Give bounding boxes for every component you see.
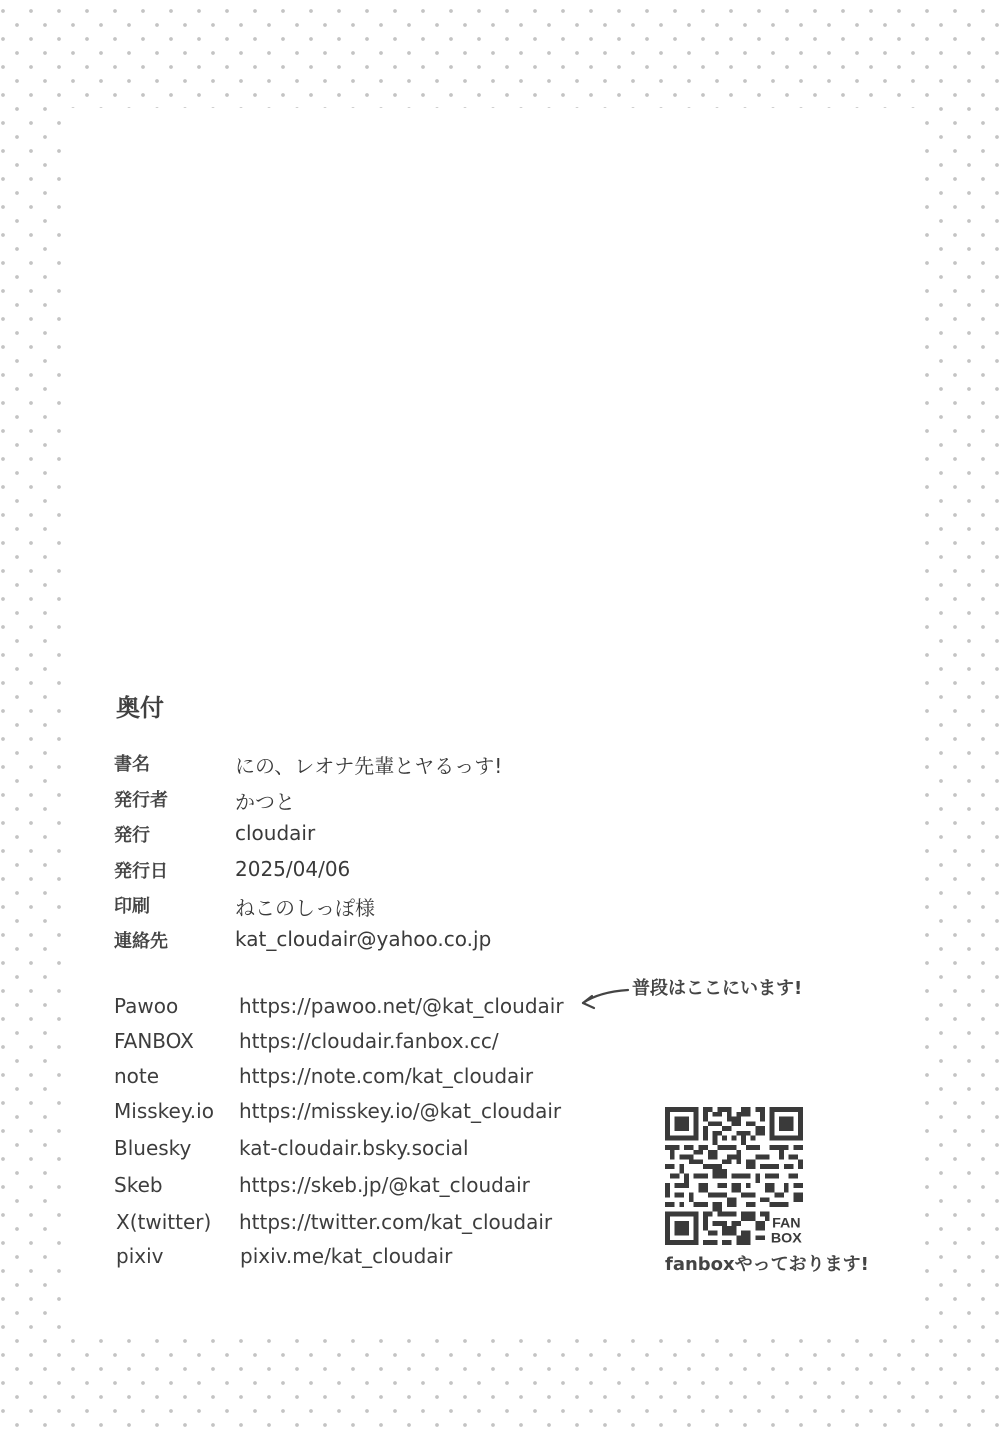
info-label: 連絡先 [114, 927, 168, 953]
info-label: 発行者 [114, 786, 168, 812]
link-label: pixiv [116, 1244, 163, 1268]
link-label: Bluesky [114, 1136, 191, 1160]
info-label: 書名 [114, 750, 150, 776]
annotation-note: 普段はここにいます! [632, 974, 802, 1000]
link-row-misskey: Misskey.io https://misskey.io/@kat_cloud… [0, 1099, 600, 1129]
fanbox-badge-line1: FAN [772, 1215, 801, 1231]
info-value: ねこのしっぽ様 [235, 892, 375, 921]
colophon-title: 奥付 [116, 688, 164, 723]
link-row-pixiv: pixiv pixiv.me/kat_cloudair [0, 1244, 600, 1274]
info-value[interactable]: kat_cloudair@yahoo.co.jp [235, 927, 491, 951]
info-label: 発行 [114, 821, 150, 847]
link-url[interactable]: https://twitter.com/kat_cloudair [239, 1210, 552, 1234]
link-url[interactable]: https://skeb.jp/@kat_cloudair [239, 1173, 530, 1197]
link-url[interactable]: kat-cloudair.bsky.social [239, 1136, 469, 1160]
link-label: X(twitter) [116, 1210, 211, 1234]
link-row-x-twitter: X(twitter) https://twitter.com/kat_cloud… [0, 1210, 600, 1240]
info-value: かつと [235, 786, 295, 815]
info-row-contact: 連絡先 kat_cloudair@yahoo.co.jp [0, 927, 600, 957]
link-url[interactable]: https://note.com/kat_cloudair [239, 1064, 533, 1088]
link-label: FANBOX [114, 1029, 194, 1053]
info-value: cloudair [235, 821, 315, 845]
link-url[interactable]: https://cloudair.fanbox.cc/ [239, 1029, 499, 1053]
info-row-date: 発行日 2025/04/06 [0, 857, 600, 887]
link-url[interactable]: https://misskey.io/@kat_cloudair [239, 1099, 561, 1123]
link-row-note: note https://note.com/kat_cloudair [0, 1064, 600, 1094]
qr-caption: fanboxやっております! [665, 1250, 869, 1276]
info-value: にの、レオナ先輩とヤるっす! [235, 750, 502, 779]
link-row-skeb: Skeb https://skeb.jp/@kat_cloudair [0, 1173, 600, 1203]
link-label: note [114, 1064, 159, 1088]
link-label: Skeb [114, 1173, 163, 1197]
link-url[interactable]: https://pawoo.net/@kat_cloudair [239, 994, 564, 1018]
info-row-printer: 印刷 ねこのしっぽ様 [0, 892, 600, 922]
fanbox-qr-code[interactable]: FAN BOX [665, 1107, 803, 1245]
arrow-left-icon [578, 984, 630, 1014]
info-row-author: 発行者 かつと [0, 786, 600, 816]
link-label: Pawoo [114, 994, 178, 1018]
link-url[interactable]: pixiv.me/kat_cloudair [240, 1244, 452, 1268]
link-row-fanbox: FANBOX https://cloudair.fanbox.cc/ [0, 1029, 600, 1059]
info-label: 発行日 [114, 857, 168, 883]
link-label: Misskey.io [114, 1099, 214, 1123]
link-row-bluesky: Bluesky kat-cloudair.bsky.social [0, 1136, 600, 1166]
link-row-pawoo: Pawoo https://pawoo.net/@kat_cloudair [0, 994, 600, 1024]
info-row-title: 書名 にの、レオナ先輩とヤるっす! [0, 750, 600, 780]
fanbox-badge-line2: BOX [771, 1231, 802, 1245]
info-label: 印刷 [114, 892, 150, 918]
info-row-publisher: 発行 cloudair [0, 821, 600, 851]
info-value: 2025/04/06 [235, 857, 350, 881]
